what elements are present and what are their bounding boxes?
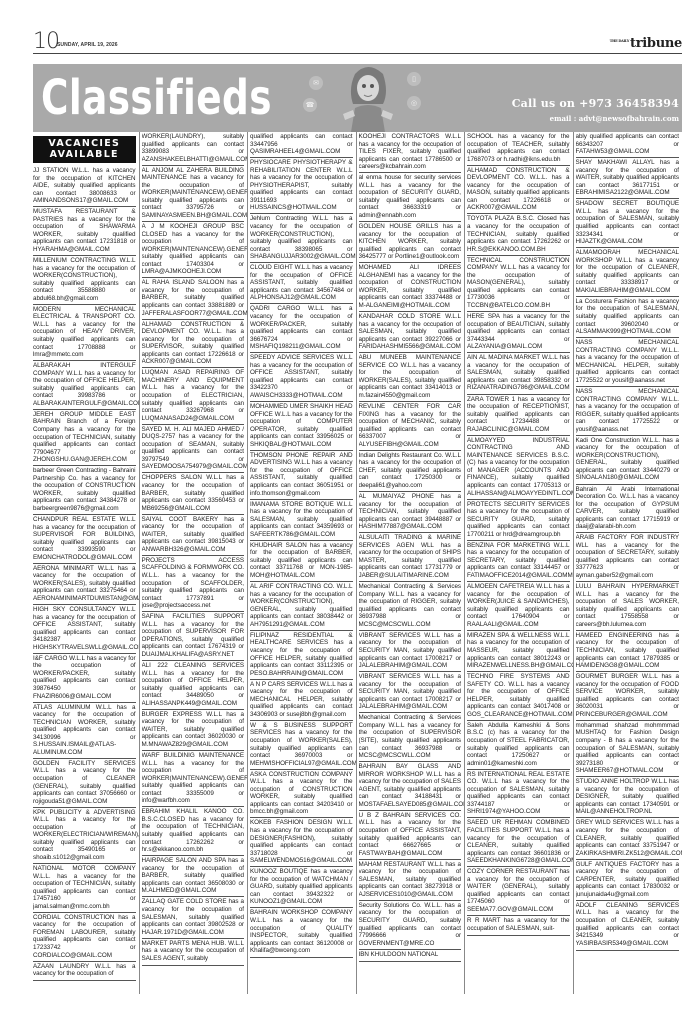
classified-ad: TOYOTA PLAZA B.S.C. Closed has a vacancy… [467, 214, 570, 255]
column-5: SCHOOL has a vacancy for the occupation … [467, 132, 574, 994]
classified-ad: AZAAN LAUNDRY W.L.L has a vacancy for th… [33, 962, 136, 980]
classified-ad: AL MUMAIYAZ PHONE has a vacancy for the … [359, 492, 462, 533]
classified-ad: MILLENIUM CONTRACTING W.L.L has a vacanc… [33, 256, 136, 305]
classified-ad: I&F CARGO W.L.L has a vacancy for the oc… [33, 654, 136, 703]
classified-ad: ATLAS ALUMINUM W.L.L has a vacancy for t… [33, 703, 136, 759]
classified-ad: JEREH GROUP MIDDLE EAST BAHRAIN Branch o… [33, 410, 136, 466]
classified-ad: KHUDHAIR SALON has a vacancy for the occ… [250, 541, 353, 582]
banner-title: Classifieds [41, 70, 272, 126]
classified-ad: VIBRANT SERVICES W.L.L has a vacancy for… [359, 631, 462, 672]
classified-ad: AERONA MINIMART W.L.L has a vacancy for … [33, 564, 136, 605]
classified-ad: MOHAMED ALI IDREES ALGHANEMI has a vacan… [359, 263, 462, 312]
classified-ad: AIN AL MADINA MARKET W.L.L has a vacancy… [467, 353, 570, 394]
classified-ad: ALMAMOORAH MECHANICAL WORKSHOP W.L.L has… [576, 248, 679, 297]
classified-ad: CHOPPERS SALON W.L.L has a vacancy for t… [142, 473, 245, 514]
classified-ad: BURGER EXPRESS W.L.L has a vacancy for t… [142, 710, 245, 751]
classified-ad: Saleh Abdulla Kameshki & Sons B.S.C (c) … [467, 721, 570, 770]
classified-ad: PROJECTS ACCESS SCAFFOLDING & FORMWORK C… [142, 556, 245, 612]
classified-ad: KOKEB FASHION DESIGN W.L.L has a vacancy… [250, 818, 353, 867]
classified-ad: CLOUD EIGHT W.L.L has a vacancy for the … [250, 263, 353, 304]
classified-ad: CHANDPUR REAL ESTATE W.L.L has a vacancy… [33, 515, 136, 564]
classifieds-columns: VACANCIES AVAILABLE JJ STATION W.L.L. ha… [33, 132, 682, 994]
classified-ad: U B Z BAHRAIN SERVICES CO. W.L.L has a v… [359, 811, 462, 860]
classified-ad: GULF ANTIQUES FACTORY has a vacancy for … [576, 860, 679, 901]
section-header: VACANCIES AVAILABLE [33, 136, 136, 163]
logo-text: tribune [630, 36, 682, 51]
email-text: email : advt@newsofbahrain.com [550, 114, 679, 123]
phone-icon: ☎ [303, 98, 317, 112]
classified-ad: LUQMAN ASAD REPAIRING OF MACHINERY AND E… [142, 368, 245, 424]
classified-ad: ARAIB FACTORY FOR INDUSTRY WLL has a vac… [576, 533, 679, 582]
classified-ad: ably qualified applicants can contact 66… [576, 132, 679, 158]
classified-ad: Security Solutions Co. W.L.L. has a vaca… [359, 901, 462, 950]
classified-ad: IMANAMA STORE BOTIQUE W.L.L has a vacanc… [250, 500, 353, 541]
classified-ad: GOURMET BURGER W.L.L has a vacancy for t… [576, 672, 679, 721]
classifieds-banner: Classifieds ✉ ☎ ▯ ◎ Call us on +973 3645… [33, 64, 682, 132]
classified-ad: ALBARAKAH INTERGULF COMPANY W.L.L has a … [33, 361, 136, 410]
classified-ad: TECHNO FIRE SYSTEMS AND SAFETY CO. W.L.L… [467, 672, 570, 721]
classified-ad: W & S BUSINESS SUPPORT SERVICES has a va… [250, 721, 353, 770]
classified-ad: HIGH SKY CONSULTANCY W.L.L has a vacancy… [33, 605, 136, 654]
classified-ad: NASS MECHANICAL CONTRACTING COMPANY W.L.… [576, 387, 679, 436]
classified-ad: mohammad shahzad mohmmmad MUSHTAQ for Fa… [576, 721, 679, 777]
classified-ad: SAYED M. H. ALI MAJED AHMED / DUQS-2757 … [142, 425, 245, 474]
classified-ad: KANDAHAR COLD STORE W.L.L has a vacancy … [359, 312, 462, 353]
classified-ad: ADOLF CLEANING SERVICES W.L.L has a vaca… [576, 901, 679, 949]
classified-ad: ABU MUNEEB MAINTENANCE SERVICE CO W.L.L … [359, 353, 462, 402]
classified-ad: COZY CORNER RESTAURANT has a vacancy for… [467, 867, 570, 916]
classified-ad: MUSTAFA RESTAURANT & PASTRIES has a vaca… [33, 207, 136, 256]
classified-ad: WARF BUILDINIG MAINTENANCE W.L.L has a v… [142, 751, 245, 807]
classified-ad: SHADOW SECRET BOUTIQUE W.L.L has a vacan… [576, 199, 679, 248]
column-1: VACANCIES AVAILABLE JJ STATION W.L.L. ha… [33, 132, 140, 994]
classified-ad: SPEEDY ADVICE SERVICES W.L.L has a vacan… [250, 353, 353, 402]
classified-ad: KPK PUBLICITY & ADVERTISING W.L.L has a … [33, 808, 136, 864]
classified-ad: AL RAHA ISLAND SALOON has a vacancy for … [142, 278, 245, 319]
ad-list: SCHOOL has a vacancy for the occupation … [467, 132, 570, 936]
ad-list: ably qualified applicants can contact 66… [576, 132, 679, 951]
globe-icon: ◎ [407, 96, 421, 110]
classified-ad: EBRAHIM KHALIL KANOO CO. B.S.C.CLOSED ha… [142, 807, 245, 856]
classified-ad: SAEED UR REHMAN COMBINED FACILITIES SUPP… [467, 818, 570, 867]
classified-ad: ALHAMAD CONSTRUCTION & DEVLOPMENT CO. W.… [142, 320, 245, 369]
classified-ad: ALI 222 CLEANING SERVICES W.L.L has a va… [142, 661, 245, 710]
classified-ad: ALSULAITI TRADING & MARINE SERVICES AGEN… [359, 533, 462, 582]
classified-ad: ZARA TOWER 1 has a vacancy for the occup… [467, 395, 570, 436]
column-2: WORKER(LAUNDRY), suitably qualified appl… [142, 132, 249, 994]
classified-ad: Jehlum Contracting W.L.L has a vacancy f… [250, 214, 353, 263]
classified-ad: qualified applicants can contact 3344795… [250, 132, 353, 158]
classified-ad: AL ARIF CONTRACTING CO. W.L.L has a vaca… [250, 582, 353, 631]
classified-ad: RS INTERNATIONAL REAL ESTATE CO. W.L.L h… [467, 770, 570, 819]
classified-ad: WORKER(LAUNDRY), suitably qualified appl… [142, 132, 245, 166]
classified-ad: BENZINA FOR MARKETING W.L.L has a vacanc… [467, 541, 570, 582]
classified-ad: BAHRAIN BAY GLASS AND MIRROR WORKSHOP W.… [359, 762, 462, 811]
classified-ad: MAHAM RESTAURANT W.L.L has a vacancy for… [359, 860, 462, 901]
classified-ad: GOLDEN FACILITY SERVICES W.L.L has a vac… [33, 759, 136, 808]
classified-ad: QADRI CARGO W.L.L has a vacancy for the … [250, 304, 353, 353]
classified-ad: NASS MECHANICAL CONTRACTING COMPANY W.L.… [576, 338, 679, 387]
classified-ad: barbeer Green Contracting - Bahraini Par… [33, 466, 136, 515]
classified-ad: SHAY MAKHAWI ALLAYL has a vacancy for th… [576, 158, 679, 199]
classified-ad: ALHAMAD CONSTRUCTION & DEVLOPMENT CO. W.… [467, 166, 570, 215]
classified-ad: KUNOOZ BOUTIQE has a vacancy for the occ… [250, 867, 353, 908]
classified-ad: A N P CARS SERVICES W.L.L has a vacancy … [250, 680, 353, 721]
column-4: KOOHEJI CONTRACTORS W.L.L has a vacancy … [359, 132, 466, 994]
page-number: 10 [33, 32, 59, 52]
classified-ad: HAIRPAGE SALON AND SPA has a vacancy for… [142, 856, 245, 897]
classified-ad: LULU BAHRAIN HYPERMARKET W.L.L has a vac… [576, 582, 679, 631]
masthead: 10 SUNDAY, APRIL 19, 2026 THE DAILYtribu… [33, 30, 682, 54]
classified-ad: TECHNICAL CONSTRUCTION COMPANY W.L.L has… [467, 256, 570, 312]
classified-ad: FILIPINAZ RESIDENTIAL & HEALTHCARE SERVI… [250, 631, 353, 680]
classified-ad: CORDIAL CONSTRUCTION has a vacancy for t… [33, 913, 136, 962]
classified-ad: ALMOEEN CAFETREIA W.L.L has a vacancy fo… [467, 582, 570, 631]
ad-list: KOOHEJI CONTRACTORS W.L.L has a vacancy … [359, 132, 462, 962]
classified-ad: MARKET PARTS MENA HUB. W.L.L has a vacan… [142, 939, 245, 964]
envelope-icon: ✉ [309, 76, 323, 90]
classified-ad: KOOHEJI CONTRACTORS W.L.L has a vacancy … [359, 132, 462, 173]
classified-ad: ALMOAYYED INDUSTRIAL CONTRACTING AND MAI… [467, 436, 570, 500]
classified-ad: JJ STATION W.L.L. has a vacancy for the … [33, 166, 136, 207]
classified-ad: MODERN MECHANICAL ELECTRICAL & TRANSPORT… [33, 305, 136, 361]
ad-list: qualified applicants can contact 3344795… [250, 132, 353, 958]
classified-ad: al enma house for security services W.L.… [359, 173, 462, 222]
classified-ad: AL ANJOM AL ZAHERA BUILDING MAINTENANCE … [142, 166, 245, 222]
classified-ad: MOHAMMED UMER SHAIKH HEAD OFFICE W.L.L h… [250, 402, 353, 451]
classified-ad: A J M KOOHEJI GROUP BSC CLOSED has a vac… [142, 222, 245, 278]
issue-date: SUNDAY, APRIL 19, 2026 [57, 42, 118, 48]
woman-illustration-icon [333, 64, 403, 132]
classified-ad: MIRAZEN SPA & WELLNESS W.L.L has a vacan… [467, 631, 570, 672]
classified-ad: ASKA CONSTRUCTION COMPANY W.L.L has a va… [250, 770, 353, 819]
classified-ad: SCHOOL has a vacancy for the occupation … [467, 132, 570, 166]
ad-list: WORKER(LAUNDRY), suitably qualified appl… [142, 132, 245, 966]
classified-ad: Mechanical Contracting & Services Compan… [359, 713, 462, 762]
classified-ad: SAIYAL COOT BAKERY has a vacancy for the… [142, 515, 245, 556]
classified-ad: NATIONAL MOTOR COMPANY W.L.L. has a vaca… [33, 864, 136, 913]
classified-ad: Bahrain Al Arabi International Decoratio… [576, 485, 679, 534]
classified-ad: R R MART has a vacancy for the occupatio… [467, 916, 570, 934]
classified-ad: PROTECTS SECURITY SERVICES has a vacancy… [467, 500, 570, 541]
classified-ad: HERE SPA has a vacancy for the occupatio… [467, 312, 570, 353]
column-6: ably qualified applicants can contact 66… [576, 132, 682, 994]
classified-ad: Kadi One Construction W.L.L. has a vacan… [576, 436, 679, 485]
classified-ad: SAFINA FACILITIES SUPPORT W.L.L has a va… [142, 612, 245, 661]
mobile-icon: ▯ [407, 72, 421, 86]
classified-ad: VIBRANT SERVICES W.L.L has a vacancy for… [359, 672, 462, 713]
classified-ad: GREY WILD SERVICES W.L.L has a vacancy f… [576, 818, 679, 859]
call-us-text: Call us on +973 36458394 [512, 97, 679, 110]
classified-ad: REVLINE CENTER FOR CAR FIXING has a vaca… [359, 402, 462, 451]
classified-ad: Mechanical Contracting & Services Compan… [359, 582, 462, 631]
classified-ad: Indian Delights Restaurant Co. W.L.L has… [359, 451, 462, 492]
classified-ad: BAHRAIN WORKSHOP COMPANY W.L.L has a vac… [250, 908, 353, 956]
classified-ad: HAMEED ENGINEERING has a vacancy for the… [576, 631, 679, 672]
classified-ad: GOLDEN HOUSE GRILLS has a vacancy for th… [359, 222, 462, 263]
classified-ad: STUDIO ANNE HOLTROP W.L.L has a vacancy … [576, 777, 679, 818]
logo-prefix: THE DAILY [610, 39, 629, 43]
classified-ad: IBN KHULDOON NATIONAL [359, 950, 462, 960]
column-3: qualified applicants can contact 3344795… [250, 132, 357, 994]
classified-ad: PHYSIOCARE PHYSIOTHERAPY & REHABILITATIO… [250, 158, 353, 214]
classified-ad: THOMSON PHONE REPAIR AND ADVERTISING W.L… [250, 451, 353, 500]
classified-ad: La Costurera Fashion has a vacancy for t… [576, 297, 679, 338]
newspaper-logo: THE DAILYtribune [610, 36, 682, 51]
ad-list: JJ STATION W.L.L. has a vacancy for the … [33, 166, 136, 981]
classified-ad: ZALLAQ GATE COLD STORE has a vacancy for… [142, 897, 245, 938]
